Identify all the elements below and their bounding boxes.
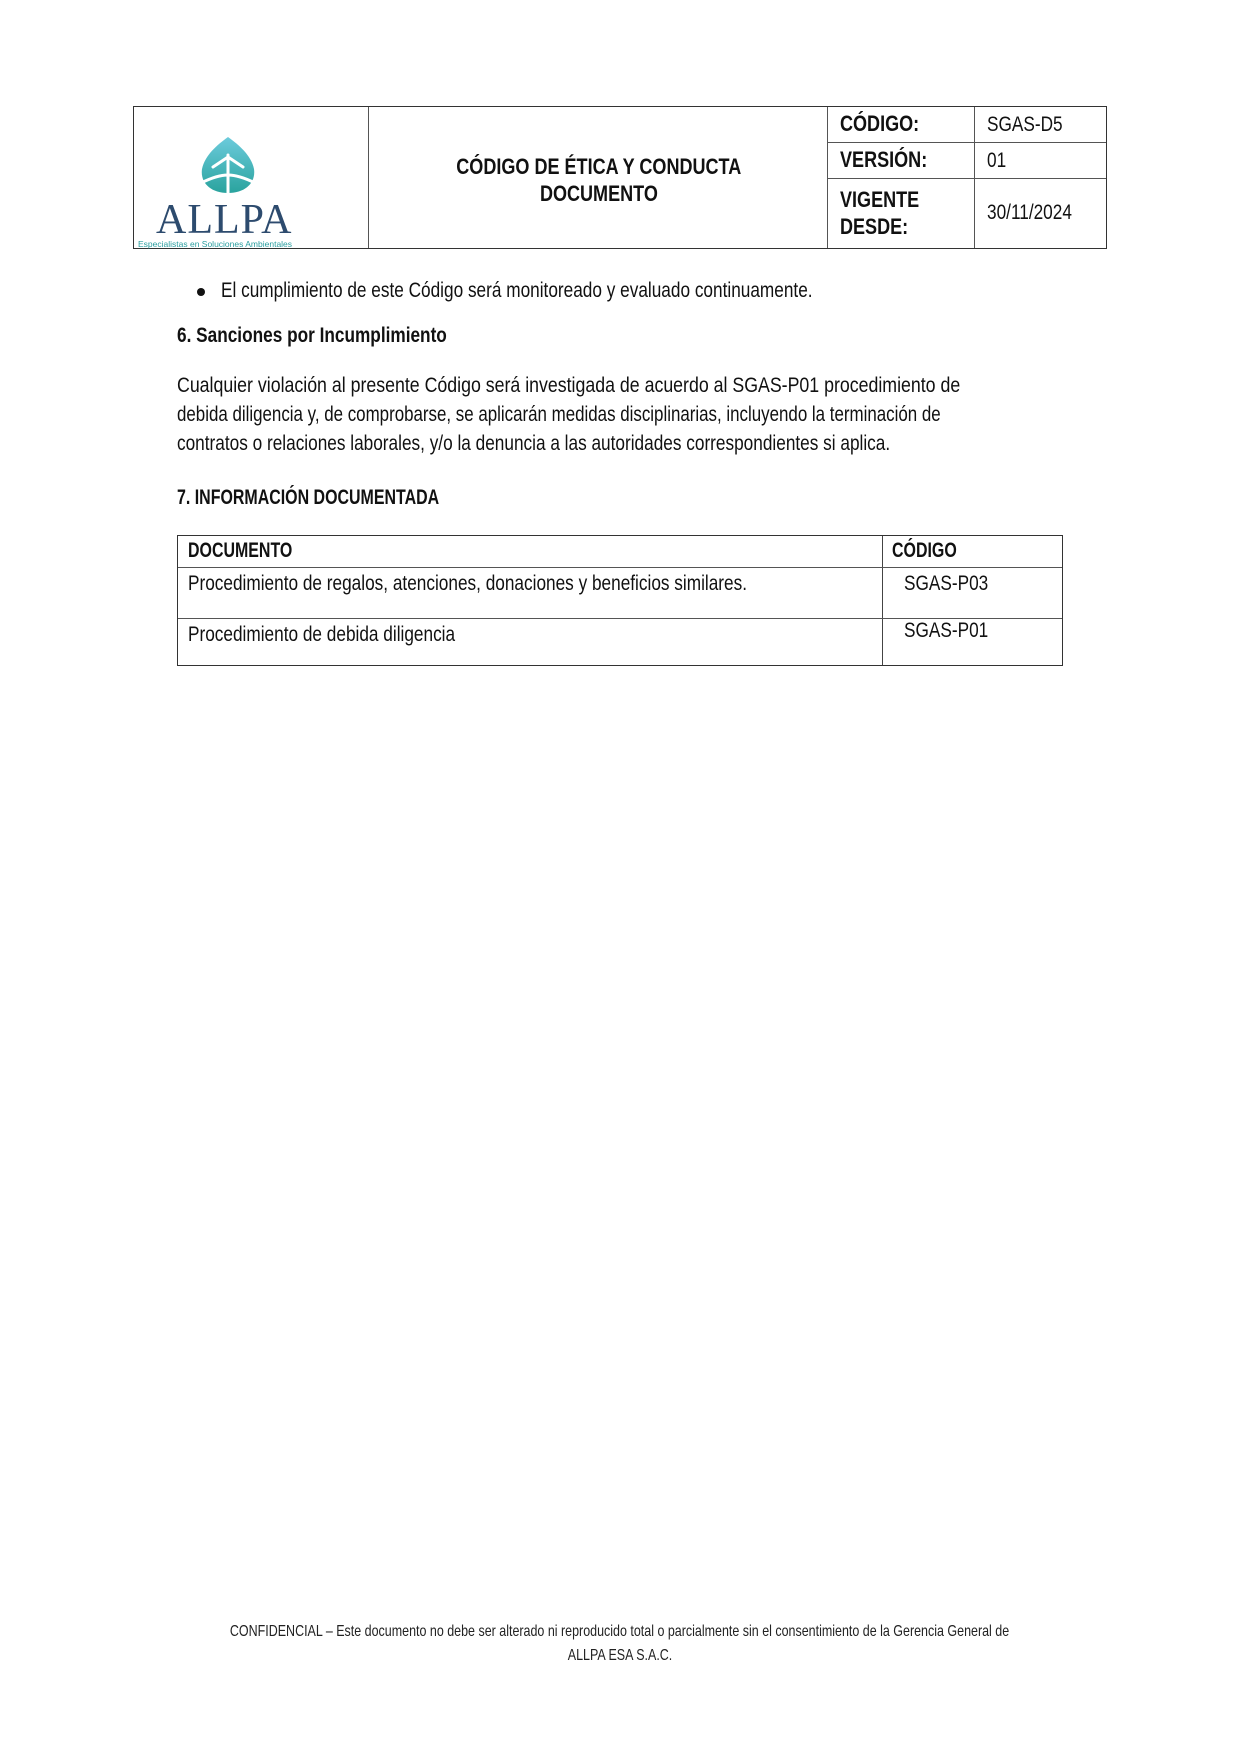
logo-tagline: Especialistas en Soluciones Ambientales xyxy=(138,239,292,249)
table-column-divider xyxy=(882,536,883,665)
table-row-code: SGAS-P03 xyxy=(904,571,1007,597)
document-header-table: ALLPA Especialistas en Soluciones Ambien… xyxy=(133,106,1107,249)
document-title-line2: DOCUMENTO xyxy=(540,180,658,207)
code-value: SGAS-D5 xyxy=(987,111,1079,138)
documented-info-table: DOCUMENTO CÓDIGO Procedimiento de regalo… xyxy=(177,535,1063,666)
table-row-code: SGAS-P01 xyxy=(904,618,1007,644)
code-label: CÓDIGO: xyxy=(840,110,937,137)
effective-date-label: VIGENTE DESDE: xyxy=(840,186,937,240)
company-logo: ALLPA Especialistas en Soluciones Ambien… xyxy=(134,107,368,247)
confidentiality-footer: CONFIDENCIAL – Este documento no debe se… xyxy=(120,1620,1120,1668)
table-row: Procedimiento de debida diligencia xyxy=(188,622,514,648)
section-6-paragraph: Cualquier violación al presente Código s… xyxy=(177,371,1241,458)
column-header-document: DOCUMENTO xyxy=(188,538,325,564)
header-row-divider xyxy=(827,142,1106,143)
header-row-divider xyxy=(827,178,1106,179)
effective-date-value: 30/11/2024 xyxy=(987,199,1091,226)
version-value: 01 xyxy=(987,147,1010,174)
logo-wordmark: ALLPA xyxy=(156,199,311,241)
section-7-heading: 7. INFORMACIÓN DOCUMENTADA xyxy=(177,486,522,510)
table-row: Procedimiento de regalos, atenciones, do… xyxy=(188,571,870,597)
leaf-tree-icon xyxy=(199,135,257,195)
bullet-icon xyxy=(197,288,205,296)
column-header-code: CÓDIGO xyxy=(892,538,977,564)
header-divider xyxy=(368,107,369,248)
bullet-item: El cumplimiento de este Código será moni… xyxy=(221,276,942,305)
document-title: CÓDIGO DE ÉTICA Y CONDUCTA DOCUMENTO xyxy=(370,153,828,207)
document-title-line1: CÓDIGO DE ÉTICA Y CONDUCTA xyxy=(456,153,741,180)
version-label: VERSIÓN: xyxy=(840,146,946,173)
section-6-heading: 6. Sanciones por Incumplimiento xyxy=(177,324,506,348)
table-row-divider xyxy=(178,567,1062,568)
